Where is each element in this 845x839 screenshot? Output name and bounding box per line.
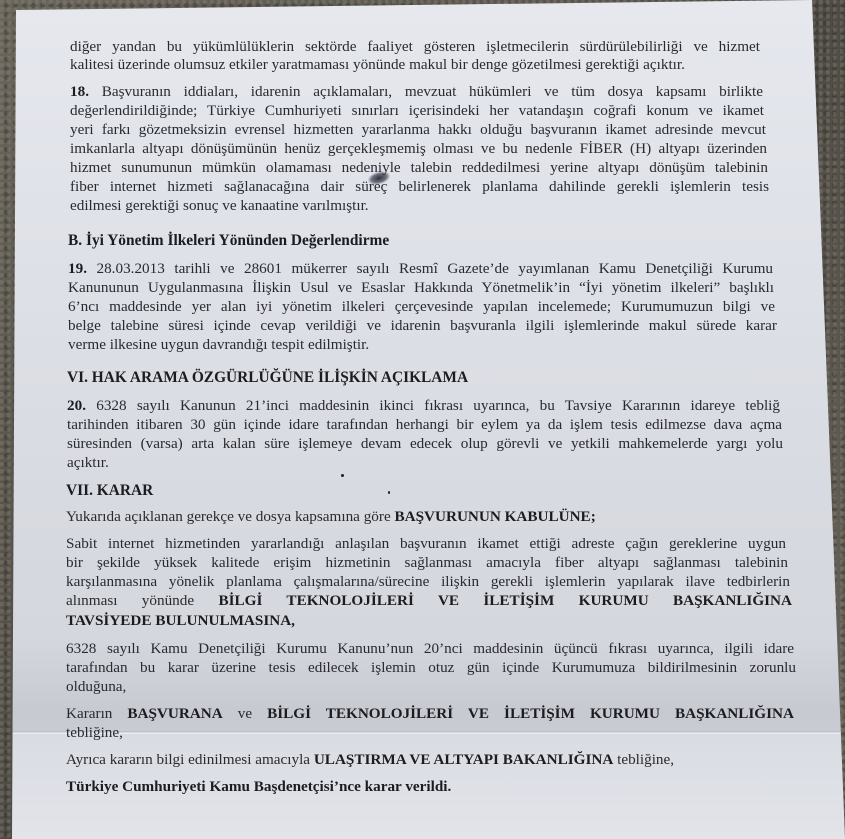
bold-text: BİLGİ TEKNOLOJİLERİ VE İLETİŞİM KURUMU B… [218, 592, 792, 609]
text-run: alınması yönünde [66, 592, 218, 609]
bold-text: TAVSİYEDE BULUNULMASINA, [66, 612, 295, 629]
ink-dot [388, 491, 390, 494]
text-run: kalitesi üzerinde olumsuz etkiler yaratm… [70, 56, 685, 73]
text-line: edilmesi gerektiği sonuç ve kanaatine va… [70, 197, 369, 215]
section-heading: VI. HAK ARAMA ÖZGÜRLÜĞÜNE İLİŞKİN AÇIKLA… [67, 369, 468, 387]
text-line: 20. 6328 sayılı Kanunun 21’inci maddesin… [67, 397, 780, 415]
text-run: 6328 sayılı Kamu Denetçiliği Kurumu Kanu… [66, 640, 794, 657]
text-line: Kanununun Uygulanmasına İlişkin Usul ve … [68, 279, 774, 297]
text-line: fiber internet hizmeti sağlanacağına dai… [70, 178, 769, 196]
text-run: değerlendirildiğinde; Türkiye Cumhuriyet… [70, 102, 764, 119]
text-run: tebliğine, [613, 751, 674, 768]
text-run: olduğuna, [66, 678, 126, 695]
text-run: 6328 sayılı Kanunun 21’inci maddesinin i… [86, 397, 780, 414]
bold-text: BAŞVURUNUN KABULÜNE; [395, 508, 596, 525]
text-line: değerlendirildiğinde; Türkiye Cumhuriyet… [70, 102, 764, 120]
text-line: Yukarıda açıklanan gerekçe ve dosya kaps… [66, 508, 596, 526]
text-line: tarihinden itibaren 30 gün içinde idare … [67, 416, 782, 434]
text-line: Kararın BAŞVURANA ve BİLGİ TEKNOLOJİLERİ… [66, 705, 794, 723]
text-line: verme ilkesine uygun davrandığı tespit e… [68, 336, 369, 354]
bold-text: VI. HAK ARAMA ÖZGÜRLÜĞÜNE İLİŞKİN AÇIKLA… [67, 369, 468, 386]
text-line: tebliğine, [66, 724, 123, 742]
text-line: hizmet sunumunun mümkün olamaması nedeni… [70, 159, 768, 177]
text-run: karşılanmasına yönelik planlama çalışmal… [66, 573, 790, 590]
text-run: açıktır. [67, 454, 109, 471]
text-run: tarafından bu karar üzerine tesis edilec… [66, 659, 796, 676]
section-heading: VII. KARAR [66, 482, 153, 500]
section-heading: B. İyi Yönetim İlkeleri Yönünden Değerle… [68, 232, 389, 250]
bold-text: 20. [67, 397, 86, 414]
text-line: tarafından bu karar üzerine tesis edilec… [66, 659, 796, 677]
text-run: 28.03.2013 tarihli ve 28601 mükerrer say… [87, 260, 773, 277]
text-line: diğer yandan bu yükümlülüklerin sektörde… [70, 38, 760, 56]
text-line: karşılanmasına yönelik planlama çalışmal… [66, 573, 790, 591]
text-line: Sabit internet hizmetinden yararlandığı … [66, 535, 786, 553]
text-line: yeri farkı gözetmeksizin evrensel hizmet… [70, 121, 766, 139]
text-run: verme ilkesine uygun davrandığı tespit e… [68, 336, 369, 353]
text-line: imkanlarla altyapı dönüşümünün henüz ger… [70, 140, 767, 158]
bold-text: B. İyi Yönetim İlkeleri Yönünden Değerle… [68, 232, 389, 249]
text-run: Sabit internet hizmetinden yararlandığı … [66, 535, 786, 552]
text-run: belge talebine süresi içinde cevap veril… [68, 317, 777, 334]
bold-text: 19. [68, 260, 87, 277]
ink-dot [341, 474, 344, 477]
text-line: açıktır. [67, 454, 109, 472]
text-run: ve [223, 705, 267, 722]
bold-text: VII. KARAR [66, 482, 153, 499]
text-line: 19. 28.03.2013 tarihli ve 28601 mükerrer… [68, 260, 773, 278]
text-run: hizmet sunumunun mümkün olamaması nedeni… [70, 159, 768, 176]
text-line: Türkiye Cumhuriyeti Kamu Başdenetçisi’nc… [66, 778, 451, 796]
text-run: 6’ncı maddesinde yer alan iyi yönetim il… [68, 298, 775, 315]
bold-text: ULAŞTIRMA VE ALTYAPI BAKANLIĞINA [314, 751, 613, 768]
text-run: Yukarıda açıklanan gerekçe ve dosya kaps… [66, 508, 395, 525]
bold-text: 18. [70, 83, 89, 100]
bold-text: BİLGİ TEKNOLOJİLERİ VE İLETİŞİM KURUMU B… [267, 705, 794, 722]
text-line: TAVSİYEDE BULUNULMASINA, [66, 612, 295, 630]
text-line: alınması yönünde BİLGİ TEKNOLOJİLERİ VE … [66, 592, 792, 610]
text-line: kalitesi üzerinde olumsuz etkiler yaratm… [70, 56, 685, 74]
decision-document: diğer yandan bu yükümlülüklerin sektörde… [0, 0, 845, 839]
text-line: belge talebine süresi içinde cevap veril… [68, 317, 777, 335]
text-run: bir şekilde yüksek kalitede erişim hizme… [66, 554, 788, 571]
text-run: Başvuranın iddiaları, idarenin açıklamal… [89, 83, 763, 100]
bold-text: Türkiye Cumhuriyeti Kamu Başdenetçisi’nc… [66, 778, 451, 795]
text-run: Ayrıca kararın bilgi edinilmesi amacıyla [66, 751, 314, 768]
text-run: tarihinden itibaren 30 gün içinde idare … [67, 416, 782, 433]
text-run: tebliğine, [66, 724, 123, 741]
text-run: diğer yandan bu yükümlülüklerin sektörde… [70, 38, 760, 55]
text-line: 6328 sayılı Kamu Denetçiliği Kurumu Kanu… [66, 640, 794, 658]
text-line: olduğuna, [66, 678, 126, 696]
text-run: imkanlarla altyapı dönüşümünün henüz ger… [70, 140, 767, 157]
text-run: edilmesi gerektiği sonuç ve kanaatine va… [70, 197, 369, 214]
text-run: fiber internet hizmeti sağlanacağına dai… [70, 178, 769, 195]
text-run: Kararın [66, 705, 127, 722]
text-line: süresinden (varsa) arta kalan süre işlem… [67, 435, 783, 453]
text-run: süresinden (varsa) arta kalan süre işlem… [67, 435, 783, 452]
text-line: bir şekilde yüksek kalitede erişim hizme… [66, 554, 788, 572]
text-line: 6’ncı maddesinde yer alan iyi yönetim il… [68, 298, 775, 316]
text-line: Ayrıca kararın bilgi edinilmesi amacıyla… [66, 751, 674, 769]
text-run: yeri farkı gözetmeksizin evrensel hizmet… [70, 121, 766, 138]
text-run: Kanununun Uygulanmasına İlişkin Usul ve … [68, 279, 774, 296]
bold-text: BAŞVURANA [127, 705, 222, 722]
text-line: 18. Başvuranın iddiaları, idarenin açıkl… [70, 83, 763, 101]
